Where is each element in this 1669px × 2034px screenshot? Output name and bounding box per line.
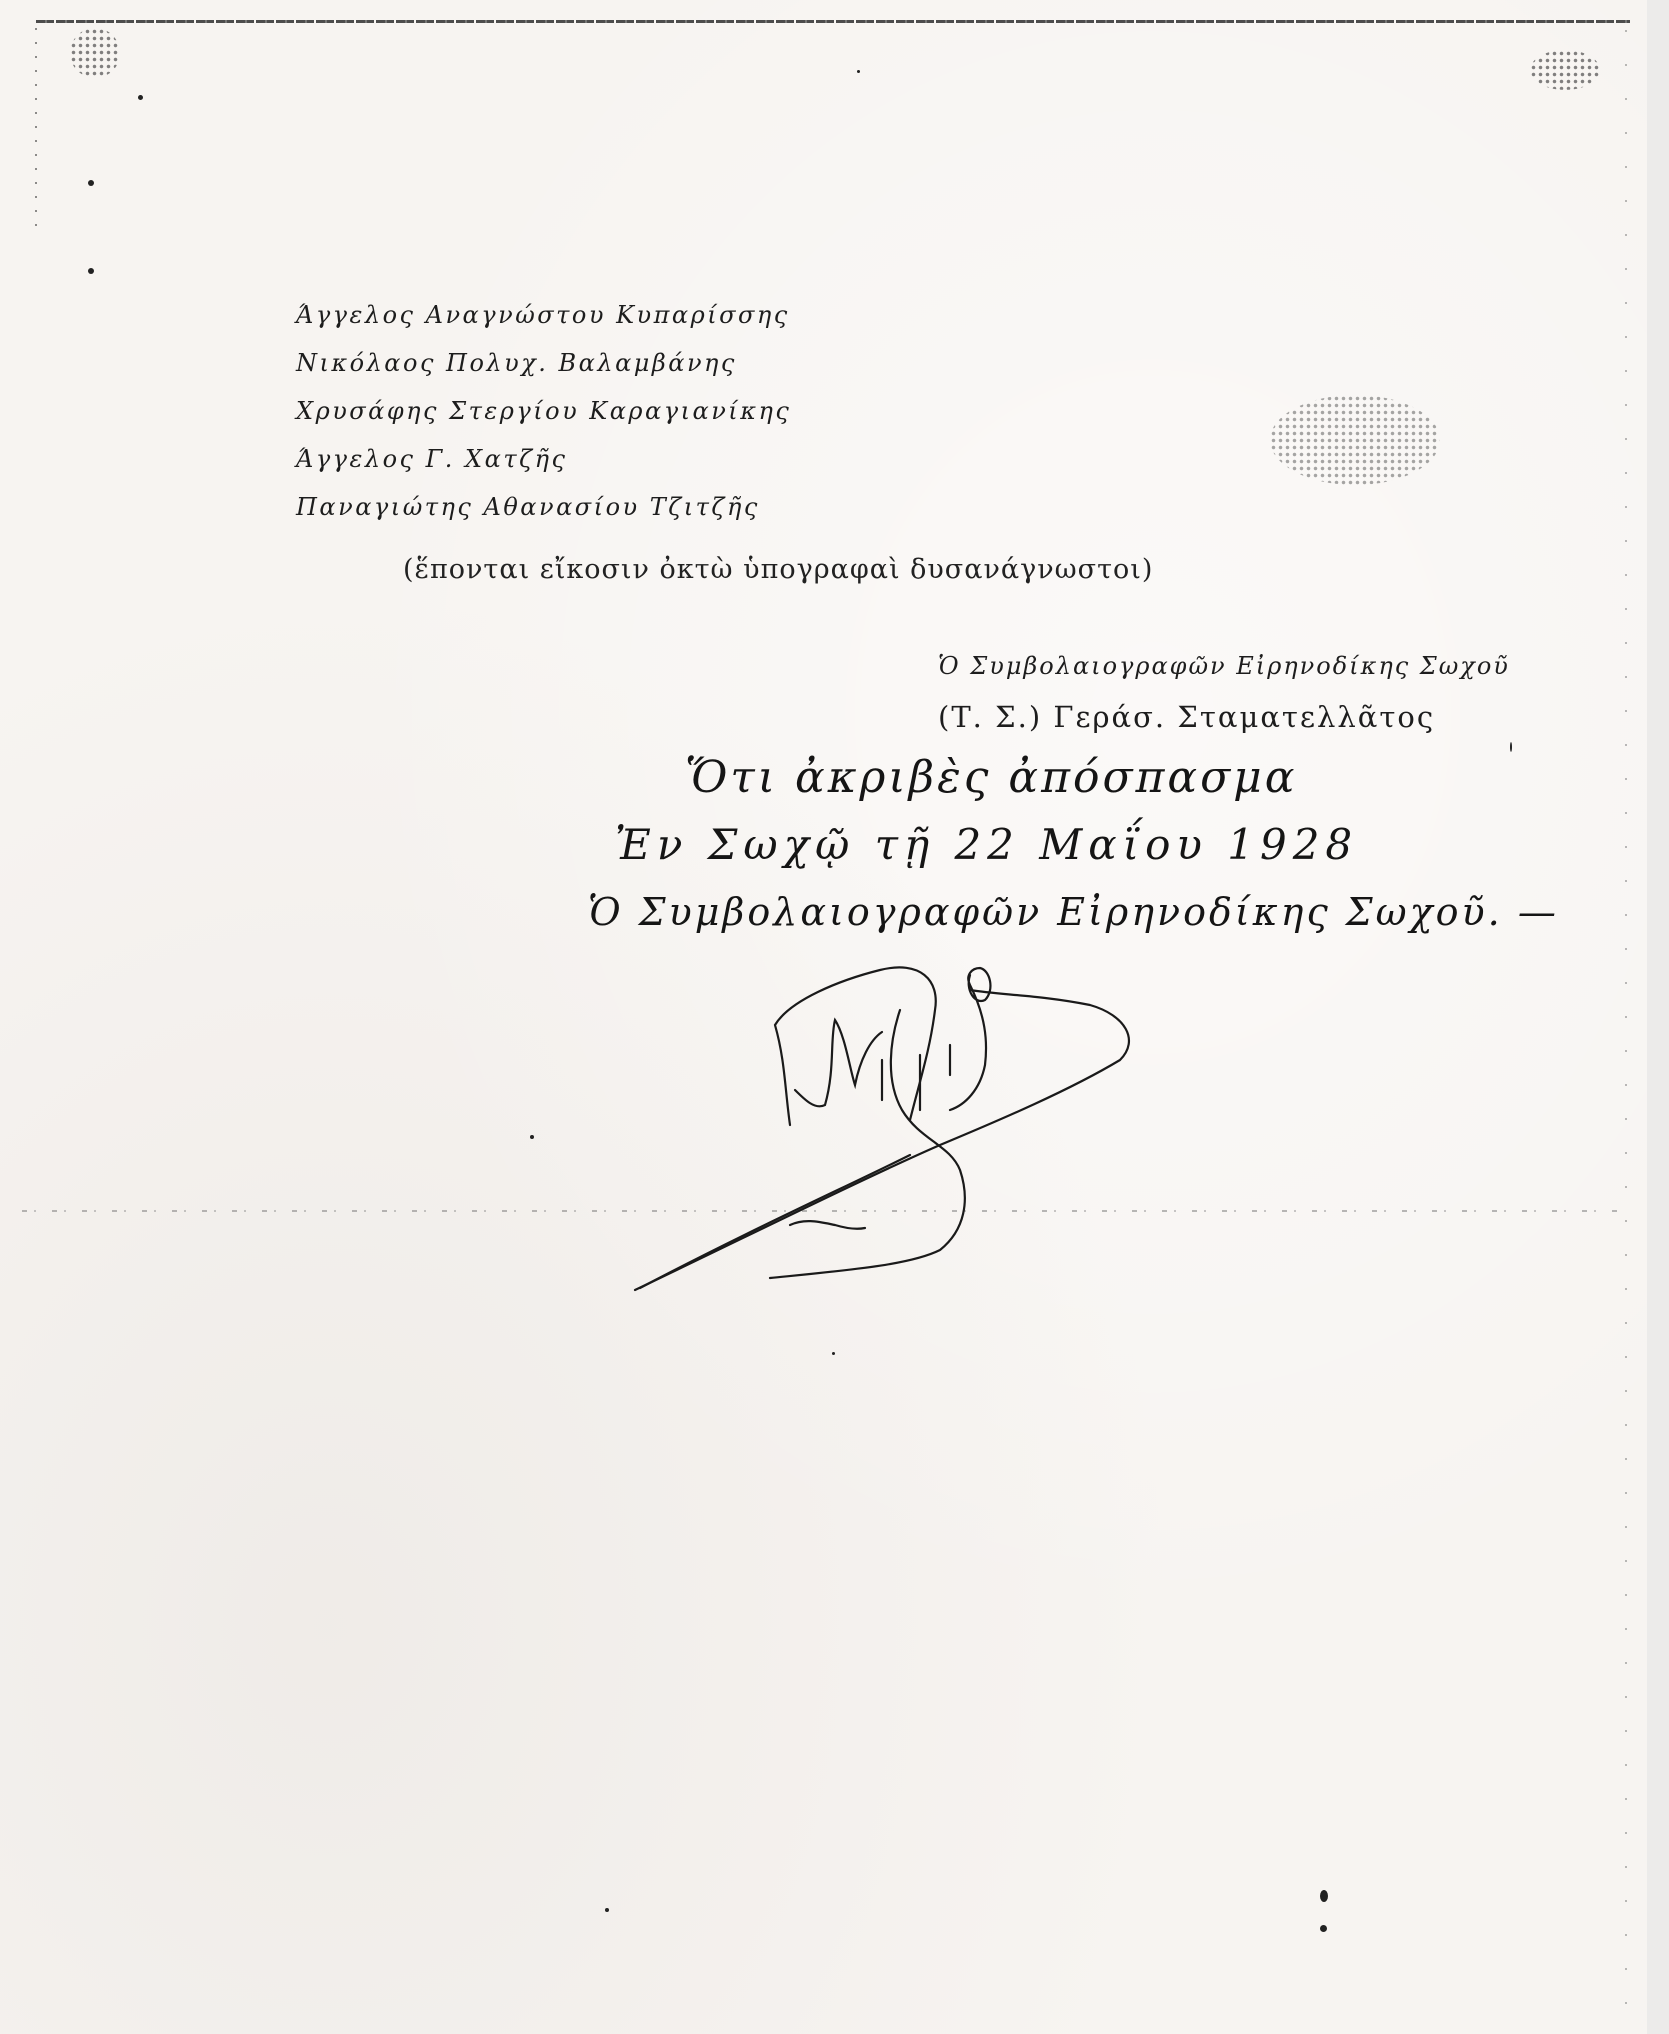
signatory-name: Χρυσάφης Στεργίου Καραγιανίκης [296,387,791,435]
document-page: Άγγελος Αναγνώστου Κυπαρίσσης Νικόλαος Π… [0,0,1647,2034]
speck [1320,1925,1327,1932]
signatory-name: Παναγιώτης Αθανασίου Τζιτζῆς [296,483,791,531]
notary-name: (Τ. Σ.) Γεράσ. Σταματελλᾶτος [938,700,1435,734]
handwritten-notary-line: Ὁ Συμβολαιογραφῶν Εἰρηνοδίκης Σωχοῦ. — [588,890,1559,934]
speck [1510,742,1512,752]
left-margin-specks [35,28,37,228]
handwritten-date-line: Ἐν Σωχῷ τῇ 22 Μαΐου 1928 [615,820,1358,869]
speck [832,1352,835,1355]
speck [88,180,94,186]
speck [88,268,94,274]
handwritten-certification: Ὅτι ἀκριβὲς ἀπόσπασμα [685,752,1297,803]
signature-icon [620,960,1220,1310]
right-margin-specks [1625,30,1627,2030]
notary-title: Ὁ Συμβολαιογραφῶν Εἰρηνοδίκης Σωχοῦ [938,652,1510,680]
signatory-name: Άγγελος Γ. Χατζῆς [296,435,791,483]
speckle-cluster [1270,395,1440,485]
speck [857,70,860,73]
signatory-name: Άγγελος Αναγνώστου Κυπαρίσσης [296,291,791,339]
speck [138,95,143,100]
speck [530,1135,534,1139]
signatory-name: Νικόλαος Πολυχ. Βαλαμβάνης [296,339,791,387]
corner-blot-top-right [1530,50,1600,90]
top-border-rule [36,20,1630,23]
corner-blot-top-left [70,28,120,78]
illegible-signatures-note: (ἕπονται εἴκοσιν ὀκτὼ ὑπογραφαὶ δυσανάγν… [403,554,1153,585]
speck [1320,1890,1328,1902]
speck [605,1908,609,1912]
signatory-list: Άγγελος Αναγνώστου Κυπαρίσσης Νικόλαος Π… [296,291,791,531]
